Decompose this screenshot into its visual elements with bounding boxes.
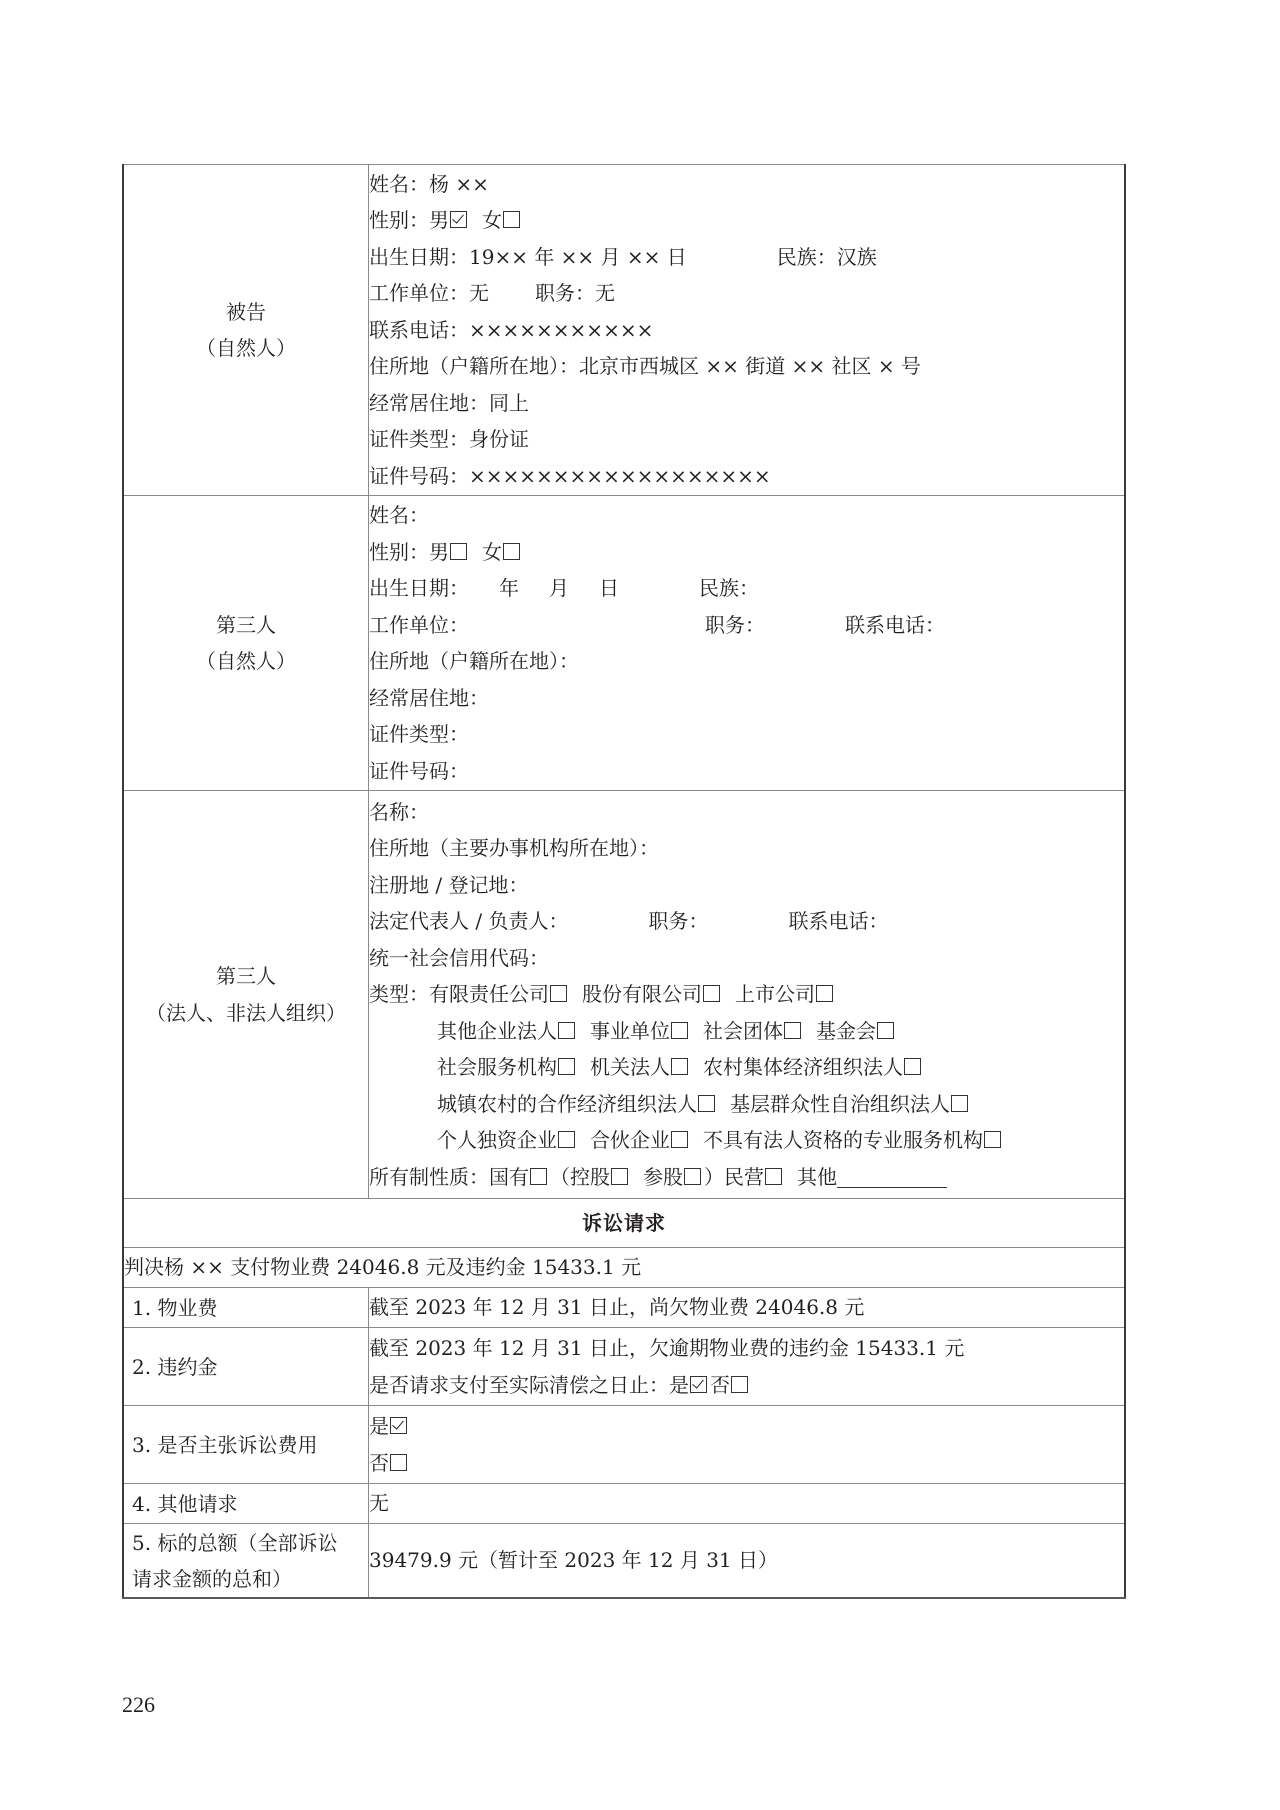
- gender-male-checkbox[interactable]: [450, 543, 467, 560]
- claim-5-value: 39479.9 元（暂计至 2023 年 12 月 31 日）: [369, 1524, 1126, 1599]
- claim-3-no-line: 否: [369, 1445, 1124, 1482]
- ownership-other-blank[interactable]: [837, 1165, 947, 1188]
- residence-label: 住所地（户籍所在地）：: [369, 354, 579, 378]
- claims-heading-row: 诉讼请求: [123, 1199, 1125, 1248]
- org-type-line-1: 类型：有限责任公司股份有限公司上市公司: [369, 976, 1124, 1013]
- org-type-line-3: 社会服务机构机关法人农村集体经济组织法人: [369, 1049, 1124, 1086]
- claim-row-5: 5. 标的总额（全部诉讼 请求金额的总和） 39479.9 元（暂计至 2023…: [123, 1524, 1125, 1599]
- no-checkbox[interactable]: [731, 1376, 748, 1393]
- third-party-org-label-sub: （法人、非法人组织）: [124, 995, 368, 1032]
- phone-label: 联系电话：: [369, 318, 469, 342]
- org-type-line-4: 城镇农村的合作经济组织法人基层群众性自治组织法人: [369, 1086, 1124, 1123]
- type-checkbox[interactable]: [558, 1022, 575, 1039]
- claim-2-label: 2. 违约金: [123, 1328, 369, 1406]
- ethnicity-label: 民族：: [777, 245, 837, 269]
- id-number-value: ××××××××××××××××××: [469, 464, 771, 488]
- habitual-residence-value: 同上: [489, 391, 529, 415]
- claim-5-label-line2: 请求金额的总和）: [132, 1561, 368, 1597]
- tp-gender-line: 性别：男女: [369, 534, 1124, 571]
- birth-value: 19×× 年 ×× 月 ×× 日: [469, 245, 687, 269]
- name-label: 姓名：: [369, 503, 429, 527]
- name-label: 姓名：: [369, 172, 429, 196]
- residence-label: 住所地（户籍所在地）：: [369, 643, 1124, 680]
- habitual-residence-label: 经常居住地：: [369, 680, 1124, 717]
- paren-close: ）: [704, 1165, 724, 1189]
- defendant-residence-line: 住所地（户籍所在地）：北京市西城区 ×× 街道 ×× 社区 × 号: [369, 348, 1124, 385]
- type-checkbox[interactable]: [671, 1022, 688, 1039]
- type-checkbox[interactable]: [558, 1131, 575, 1148]
- yes-label: 是: [669, 1373, 689, 1397]
- year-label: 年: [499, 576, 519, 600]
- ownership-label: 所有制性质：: [369, 1165, 489, 1189]
- claim-3-yes-line: 是: [369, 1408, 1124, 1445]
- ownership-holding-label: （控股: [550, 1165, 610, 1189]
- third-party-person-label-cell: 第三人 （自然人）: [123, 496, 369, 791]
- defendant-id-type-line: 证件类型：身份证: [369, 421, 1124, 458]
- claims-summary: 判决杨 ×× 支付物业费 24046.8 元及违约金 15433.1 元: [123, 1248, 1125, 1288]
- month-label: 月: [549, 576, 569, 600]
- id-type-label: 证件类型：: [369, 716, 1124, 753]
- birth-label: 出生日期：: [369, 245, 469, 269]
- org-name-label: 名称：: [369, 794, 1124, 831]
- gender-male-label: 男: [429, 208, 449, 232]
- credit-code-label: 统一社会信用代码：: [369, 940, 1124, 977]
- type-checkbox[interactable]: [671, 1131, 688, 1148]
- defendant-birth-line: 出生日期：19×× 年 ×× 月 ×× 日民族：汉族: [369, 239, 1124, 276]
- work-value: 无: [469, 281, 489, 305]
- type-checkbox[interactable]: [703, 985, 720, 1002]
- type-option-label: 事业单位: [590, 1019, 670, 1043]
- third-party-label: 第三人: [124, 607, 368, 644]
- claims-heading: 诉讼请求: [123, 1199, 1125, 1248]
- id-type-value: 身份证: [469, 427, 529, 451]
- org-type-line-2: 其他企业法人事业单位社会团体基金会: [369, 1013, 1124, 1050]
- yes-checkbox-checked[interactable]: [390, 1417, 407, 1434]
- yes-checkbox-checked[interactable]: [690, 1376, 707, 1393]
- org-registered-label: 注册地 / 登记地：: [369, 867, 1124, 904]
- third-party-org-info-cell: 名称： 住所地（主要办事机构所在地）： 注册地 / 登记地： 法定代表人 / 负…: [369, 791, 1126, 1199]
- claim-2-question-line: 是否请求支付至实际清偿之日止：是否: [369, 1367, 1124, 1404]
- tp-work-line: 工作单位：职务：联系电话：: [369, 607, 1124, 644]
- third-party-label: 第三人: [124, 958, 368, 995]
- legal-rep-label: 法定代表人 / 负责人：: [369, 909, 568, 933]
- org-type-line-5: 个人独资企业合伙企业不具有法人资格的专业服务机构: [369, 1122, 1124, 1159]
- ownership-private-checkbox[interactable]: [765, 1168, 782, 1185]
- defendant-label: 被告: [124, 294, 368, 331]
- habitual-residence-label: 经常居住地：: [369, 391, 489, 415]
- page-number: 226: [122, 1692, 155, 1718]
- claim-2-value: 截至 2023 年 12 月 31 日止，欠逾期物业费的违约金 15433.1 …: [369, 1330, 1124, 1367]
- claim-2-value-cell: 截至 2023 年 12 月 31 日止，欠逾期物业费的违约金 15433.1 …: [369, 1328, 1126, 1406]
- third-party-person-row: 第三人 （自然人） 姓名： 性别：男女 出生日期：年月日民族： 工作单位：职务：…: [123, 496, 1125, 791]
- document-page: 被告 （自然人） 姓名：杨 ×× 性别：男女 出生日期：19×× 年 ×× 月 …: [0, 0, 1280, 1810]
- type-checkbox[interactable]: [558, 1058, 575, 1075]
- claim-row-2: 2. 违约金 截至 2023 年 12 月 31 日止，欠逾期物业费的违约金 1…: [123, 1328, 1125, 1406]
- type-option-label: 其他企业法人: [437, 1019, 557, 1043]
- type-checkbox[interactable]: [984, 1131, 1001, 1148]
- ownership-other-label: 其他: [797, 1165, 837, 1189]
- defendant-work-line: 工作单位：无职务：无: [369, 275, 1124, 312]
- type-option-label: 上市公司: [735, 982, 815, 1006]
- gender-female-checkbox[interactable]: [503, 211, 520, 228]
- org-address-label: 住所地（主要办事机构所在地）：: [369, 830, 1124, 867]
- id-number-label: 证件号码：: [369, 464, 469, 488]
- third-party-org-row: 第三人 （法人、非法人组织） 名称： 住所地（主要办事机构所在地）： 注册地 /…: [123, 791, 1125, 1199]
- org-ownership-line: 所有制性质：国有（控股参股）民营其他: [369, 1159, 1124, 1196]
- gender-female-label: 女: [482, 540, 502, 564]
- ownership-share-checkbox[interactable]: [684, 1168, 701, 1185]
- type-option-label: 股份有限公司: [582, 982, 702, 1006]
- defendant-label-cell: 被告 （自然人）: [123, 165, 369, 496]
- type-checkbox[interactable]: [816, 985, 833, 1002]
- gender-label: 性别：: [369, 208, 429, 232]
- ownership-state-checkbox[interactable]: [530, 1168, 547, 1185]
- claim-5-label-cell: 5. 标的总额（全部诉讼 请求金额的总和）: [123, 1524, 369, 1599]
- position-label: 职务：: [535, 281, 595, 305]
- ethnicity-label: 民族：: [699, 576, 759, 600]
- id-type-label: 证件类型：: [369, 427, 469, 451]
- ownership-private-label: 民营: [724, 1165, 764, 1189]
- birth-label: 出生日期：: [369, 576, 469, 600]
- type-option-label: 社会团体: [703, 1019, 783, 1043]
- ethnicity-value: 汉族: [837, 245, 877, 269]
- claim-row-1: 1. 物业费 截至 2023 年 12 月 31 日止，尚欠物业费 24046.…: [123, 1288, 1125, 1328]
- claims-summary-row: 判决杨 ×× 支付物业费 24046.8 元及违约金 15433.1 元: [123, 1248, 1125, 1288]
- gender-female-checkbox[interactable]: [503, 543, 520, 560]
- type-option-label: 城镇农村的合作经济组织法人: [437, 1092, 697, 1116]
- claim-1-value: 截至 2023 年 12 月 31 日止，尚欠物业费 24046.8 元: [369, 1288, 1126, 1328]
- position-label: 职务：: [648, 909, 708, 933]
- claim-5-label-line1: 5. 标的总额（全部诉讼: [132, 1525, 368, 1561]
- type-option-label: 合伙企业: [590, 1128, 670, 1152]
- type-option-label: 不具有法人资格的专业服务机构: [703, 1128, 983, 1152]
- tp-name-line: 姓名：: [369, 497, 1124, 534]
- gender-female-label: 女: [482, 208, 502, 232]
- ownership-holding-checkbox[interactable]: [611, 1168, 628, 1185]
- claim-row-3: 3. 是否主张诉讼费用 是 否: [123, 1406, 1125, 1484]
- defendant-label-sub: （自然人）: [124, 330, 368, 367]
- position-value: 无: [595, 281, 615, 305]
- claim-3-label: 3. 是否主张诉讼费用: [123, 1406, 369, 1484]
- type-option-label: 基金会: [816, 1019, 876, 1043]
- gender-male-label: 男: [429, 540, 449, 564]
- type-checkbox[interactable]: [951, 1095, 968, 1112]
- work-label: 工作单位：: [369, 281, 469, 305]
- type-checkbox[interactable]: [784, 1022, 801, 1039]
- phone-value: ×××××××××××: [469, 318, 653, 342]
- defendant-id-number-line: 证件号码：××××××××××××××××××: [369, 458, 1124, 495]
- org-rep-line: 法定代表人 / 负责人：职务：联系电话：: [369, 903, 1124, 940]
- day-label: 日: [599, 576, 619, 600]
- work-label: 工作单位：: [369, 613, 469, 637]
- third-party-label-sub: （自然人）: [124, 643, 368, 680]
- complaint-form-table: 被告 （自然人） 姓名：杨 ×× 性别：男女 出生日期：19×× 年 ×× 月 …: [122, 164, 1126, 1599]
- defendant-habitual-line: 经常居住地：同上: [369, 385, 1124, 422]
- defendant-info-cell: 姓名：杨 ×× 性别：男女 出生日期：19×× 年 ×× 月 ×× 日民族：汉族…: [369, 165, 1126, 496]
- claim-row-4: 4. 其他请求 无: [123, 1484, 1125, 1524]
- position-label: 职务：: [705, 613, 765, 637]
- type-checkbox[interactable]: [904, 1058, 921, 1075]
- residence-value: 北京市西城区 ×× 街道 ×× 社区 × 号: [579, 354, 921, 378]
- defendant-name-line: 姓名：杨 ××: [369, 166, 1124, 203]
- ownership-state-label: 国有: [489, 1165, 529, 1189]
- tp-birth-line: 出生日期：年月日民族：: [369, 570, 1124, 607]
- defendant-gender-line: 性别：男女: [369, 202, 1124, 239]
- type-option-label: 农村集体经济组织法人: [703, 1055, 903, 1079]
- type-checkbox[interactable]: [550, 985, 567, 1002]
- ownership-share-label: 参股: [643, 1165, 683, 1189]
- defendant-phone-line: 联系电话：×××××××××××: [369, 312, 1124, 349]
- claim-2-question: 是否请求支付至实际清偿之日止：: [369, 1373, 669, 1397]
- type-checkbox[interactable]: [698, 1095, 715, 1112]
- no-label: 否: [369, 1451, 389, 1475]
- claim-4-value: 无: [369, 1484, 1126, 1524]
- claim-1-label: 1. 物业费: [123, 1288, 369, 1328]
- type-option-label: 个人独资企业: [437, 1128, 557, 1152]
- type-label: 类型：: [369, 982, 429, 1006]
- id-number-label: 证件号码：: [369, 753, 1124, 790]
- gender-male-checkbox-checked[interactable]: [450, 211, 467, 228]
- no-label: 否: [710, 1373, 730, 1397]
- third-party-person-info-cell: 姓名： 性别：男女 出生日期：年月日民族： 工作单位：职务：联系电话： 住所地（…: [369, 496, 1126, 791]
- type-option-label: 基层群众性自治组织法人: [730, 1092, 950, 1116]
- claim-3-value-cell: 是 否: [369, 1406, 1126, 1484]
- type-option-label: 有限责任公司: [429, 982, 549, 1006]
- type-option-label: 机关法人: [590, 1055, 670, 1079]
- phone-label: 联系电话：: [788, 909, 888, 933]
- phone-label: 联系电话：: [845, 613, 945, 637]
- defendant-row: 被告 （自然人） 姓名：杨 ×× 性别：男女 出生日期：19×× 年 ×× 月 …: [123, 165, 1125, 496]
- type-checkbox[interactable]: [671, 1058, 688, 1075]
- third-party-org-label-cell: 第三人 （法人、非法人组织）: [123, 791, 369, 1199]
- type-option-label: 社会服务机构: [437, 1055, 557, 1079]
- yes-label: 是: [369, 1414, 389, 1438]
- no-checkbox[interactable]: [390, 1454, 407, 1471]
- defendant-name-value: 杨 ××: [429, 172, 489, 196]
- gender-label: 性别：: [369, 540, 429, 564]
- type-checkbox[interactable]: [877, 1022, 894, 1039]
- claim-4-label: 4. 其他请求: [123, 1484, 369, 1524]
